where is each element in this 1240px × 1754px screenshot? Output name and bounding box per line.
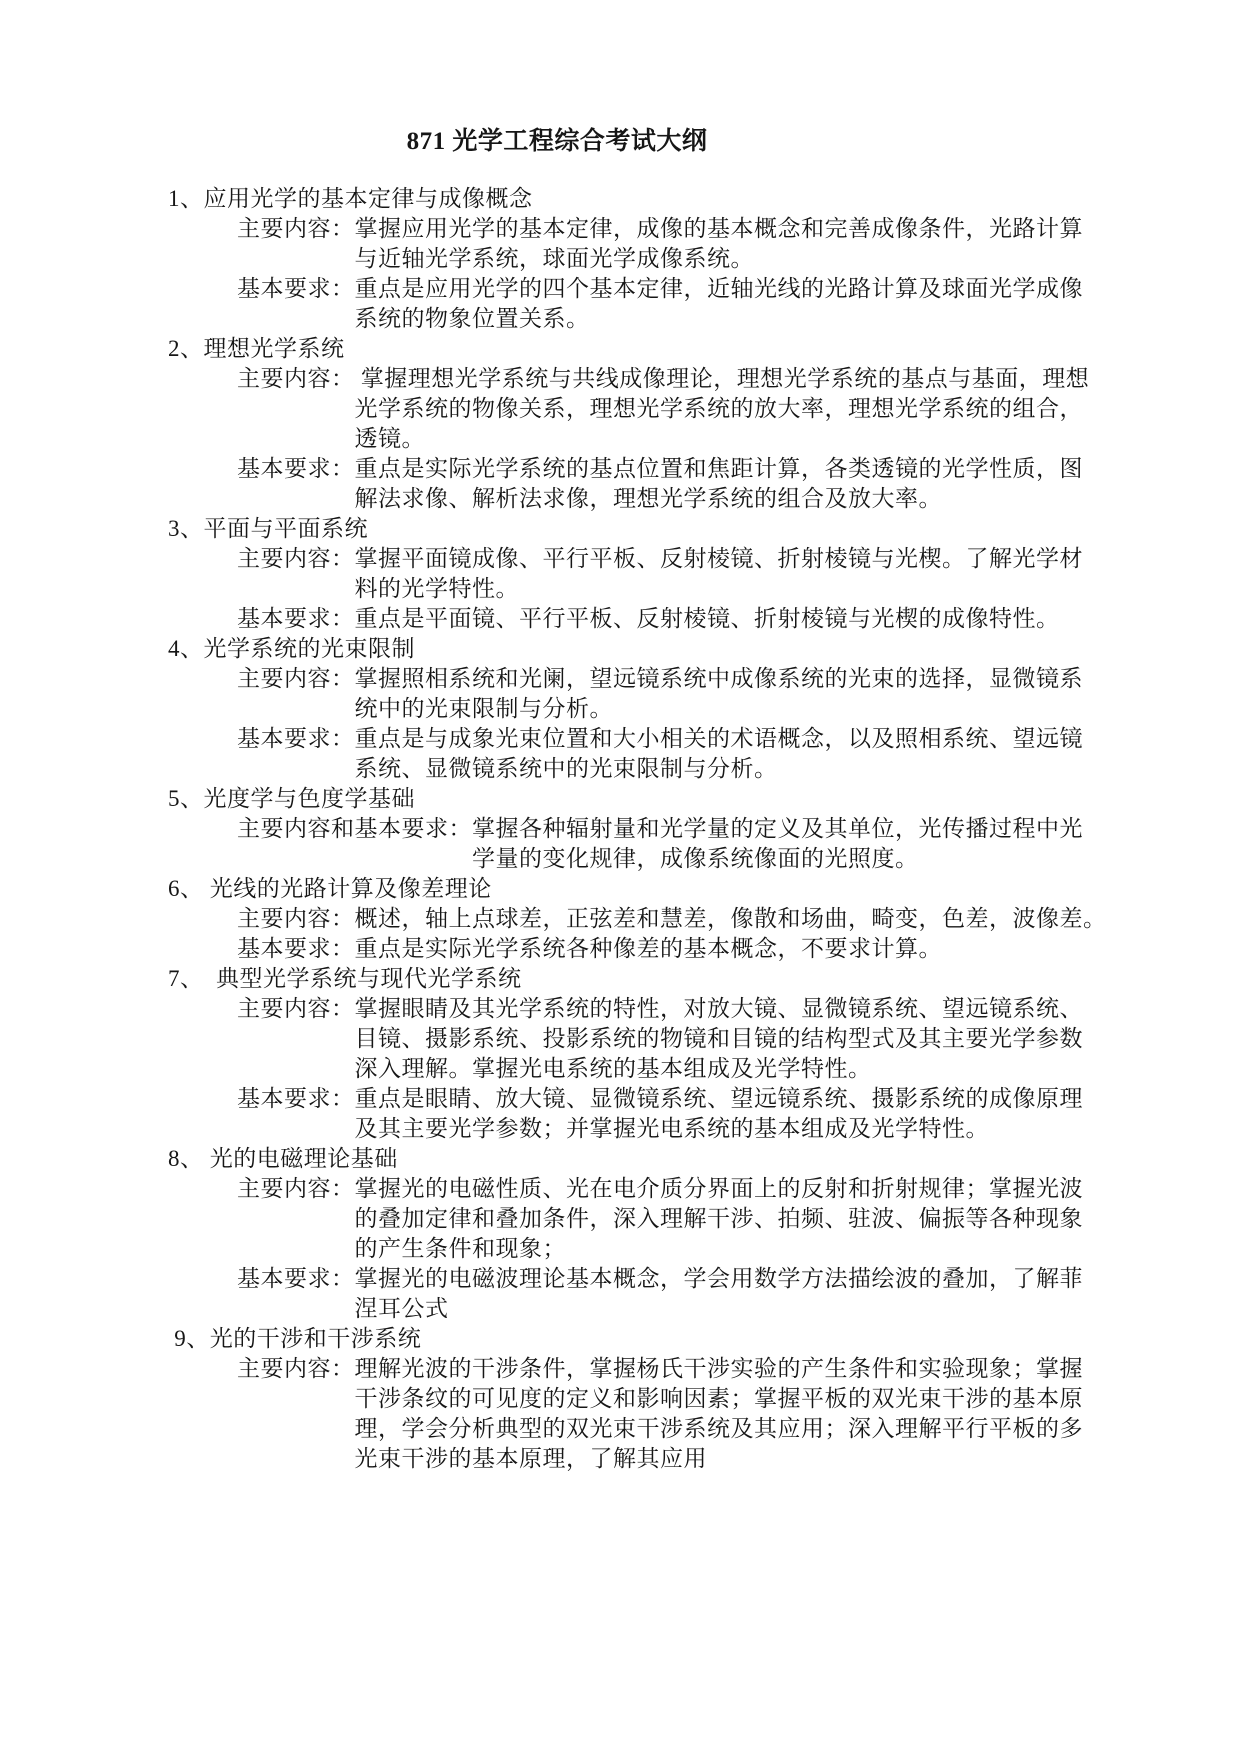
content-item: 主要内容和基本要求： 掌握各种辐射量和光学量的定义及其单位，光传播过程中光 学量… xyxy=(237,814,1240,874)
text-line: 重点是平面镜、平行平板、反射棱镜、折射棱镜与光楔的成像特性。 xyxy=(355,604,1060,634)
text-line: 干涉条纹的可见度的定义和影响因素；掌握平板的双光束干涉的基本原 xyxy=(355,1384,1084,1414)
section-5: 5、光度学与色度学基础 主要内容和基本要求： 掌握各种辐射量和光学量的定义及其单… xyxy=(0,784,1240,874)
section-heading: 1、应用光学的基本定律与成像概念 xyxy=(168,184,1240,214)
text-line: 系统的物象位置关系。 xyxy=(355,304,1084,334)
text-line: 涅耳公式 xyxy=(355,1294,1084,1324)
section-7: 7、 典型光学系统与现代光学系统 主要内容： 掌握眼睛及其光学系统的特性，对放大… xyxy=(0,964,1240,1144)
content-item: 基本要求： 重点是实际光学系统的基点位置和焦距计算，各类透镜的光学性质，图 解法… xyxy=(237,454,1240,514)
section-heading: 8、 光的电磁理论基础 xyxy=(168,1144,1240,1174)
text-line: 及其主要光学参数；并掌握光电系统的基本组成及光学特性。 xyxy=(355,1114,1084,1144)
text-line: 目镜、摄影系统、投影系统的物镜和目镜的结构型式及其主要光学参数 xyxy=(355,1024,1084,1054)
content-item: 主要内容： 掌握照相系统和光阑，望远镜系统中成像系统的光束的选择，显微镜系 统中… xyxy=(237,664,1240,724)
section-1: 1、应用光学的基本定律与成像概念 主要内容： 掌握应用光学的基本定律，成像的基本… xyxy=(0,184,1240,334)
text-line: 透镜。 xyxy=(355,424,1090,454)
item-label: 主要内容： xyxy=(237,994,355,1024)
content-item: 基本要求： 掌握光的电磁波理论基本概念，学会用数学方法描绘波的叠加，了解菲 涅耳… xyxy=(237,1264,1240,1324)
text-line: 统中的光束限制与分析。 xyxy=(355,694,1084,724)
item-label: 主要内容： xyxy=(237,664,355,694)
text-line: 学量的变化规律，成像系统像面的光照度。 xyxy=(472,844,1083,874)
text-line: 掌握应用光学的基本定律，成像的基本概念和完善成像条件，光路计算 xyxy=(355,214,1084,244)
text-line: 的叠加定律和叠加条件，深入理解干涉、拍频、驻波、偏振等各种现象 xyxy=(355,1204,1084,1234)
text-line: 掌握理想光学系统与共线成像理论，理想光学系统的基点与基面，理想 xyxy=(355,364,1090,394)
item-label: 基本要求： xyxy=(237,1264,355,1294)
text-line: 掌握各种辐射量和光学量的定义及其单位，光传播过程中光 xyxy=(472,814,1083,844)
text-line: 重点是实际光学系统各种像差的基本概念，不要求计算。 xyxy=(355,934,943,964)
text-line: 概述，轴上点球差，正弦差和慧差，像散和场曲，畸变，色差，波像差。 xyxy=(355,904,1107,934)
section-6: 6、 光线的光路计算及像差理论 主要内容： 概述，轴上点球差，正弦差和慧差，像散… xyxy=(0,874,1240,964)
text-line: 掌握光的电磁性质、光在电介质分界面上的反射和折射规律；掌握光波 xyxy=(355,1174,1084,1204)
content-item: 主要内容： 掌握光的电磁性质、光在电介质分界面上的反射和折射规律；掌握光波 的叠… xyxy=(237,1174,1240,1264)
text-line: 重点是应用光学的四个基本定律，近轴光线的光路计算及球面光学成像 xyxy=(355,274,1084,304)
section-3: 3、平面与平面系统 主要内容： 掌握平面镜成像、平行平板、反射棱镜、折射棱镜与光… xyxy=(0,514,1240,634)
item-label: 主要内容： xyxy=(237,1354,355,1384)
content-item: 主要内容： 掌握应用光学的基本定律，成像的基本概念和完善成像条件，光路计算 与近… xyxy=(237,214,1240,274)
text-line: 深入理解。掌握光电系统的基本组成及光学特性。 xyxy=(355,1054,1084,1084)
section-9: 9、光的干涉和干涉系统 主要内容： 理解光波的干涉条件，掌握杨氏干涉实验的产生条… xyxy=(0,1324,1240,1474)
section-heading: 9、光的干涉和干涉系统 xyxy=(168,1324,1240,1354)
section-4: 4、光学系统的光束限制 主要内容： 掌握照相系统和光阑，望远镜系统中成像系统的光… xyxy=(0,634,1240,784)
text-line: 与近轴光学系统，球面光学成像系统。 xyxy=(355,244,1084,274)
content-item: 主要内容： 概述，轴上点球差，正弦差和慧差，像散和场曲，畸变，色差，波像差。 xyxy=(237,904,1240,934)
section-heading: 2、理想光学系统 xyxy=(168,334,1240,364)
text-line: 光束干涉的基本原理，了解其应用 xyxy=(355,1444,1084,1474)
text-line: 重点是实际光学系统的基点位置和焦距计算，各类透镜的光学性质，图 xyxy=(355,454,1084,484)
text-line: 料的光学特性。 xyxy=(355,574,1084,604)
content-item: 基本要求： 重点是眼睛、放大镜、显微镜系统、望远镜系统、摄影系统的成像原理 及其… xyxy=(237,1084,1240,1144)
item-label: 主要内容： xyxy=(237,544,355,574)
section-8: 8、 光的电磁理论基础 主要内容： 掌握光的电磁性质、光在电介质分界面上的反射和… xyxy=(0,1144,1240,1324)
text-line: 掌握照相系统和光阑，望远镜系统中成像系统的光束的选择，显微镜系 xyxy=(355,664,1084,694)
content-item: 基本要求： 重点是与成象光束位置和大小相关的术语概念，以及照相系统、望远镜 系统… xyxy=(237,724,1240,784)
item-label: 基本要求： xyxy=(237,604,355,634)
text-line: 重点是眼睛、放大镜、显微镜系统、望远镜系统、摄影系统的成像原理 xyxy=(355,1084,1084,1114)
content-item: 主要内容： 掌握眼睛及其光学系统的特性，对放大镜、显微镜系统、望远镜系统、 目镜… xyxy=(237,994,1240,1084)
text-line: 理解光波的干涉条件，掌握杨氏干涉实验的产生条件和实验现象；掌握 xyxy=(355,1354,1084,1384)
page-title: 871 光学工程综合考试大纲 xyxy=(0,126,1114,158)
section-heading: 5、光度学与色度学基础 xyxy=(168,784,1240,814)
item-label: 主要内容： xyxy=(237,1174,355,1204)
item-label: 基本要求： xyxy=(237,454,355,484)
section-heading: 4、光学系统的光束限制 xyxy=(168,634,1240,664)
section-heading: 7、 典型光学系统与现代光学系统 xyxy=(168,964,1240,994)
content-item: 基本要求： 重点是实际光学系统各种像差的基本概念，不要求计算。 xyxy=(237,934,1240,964)
content-item: 基本要求： 重点是应用光学的四个基本定律，近轴光线的光路计算及球面光学成像 系统… xyxy=(237,274,1240,334)
item-label: 基本要求： xyxy=(237,274,355,304)
item-label: 主要内容： xyxy=(237,214,355,244)
section-heading: 6、 光线的光路计算及像差理论 xyxy=(168,874,1240,904)
text-line: 理，学会分析典型的双光束干涉系统及其应用；深入理解平行平板的多 xyxy=(355,1414,1084,1444)
document-page: 871 光学工程综合考试大纲 1、应用光学的基本定律与成像概念 主要内容： 掌握… xyxy=(0,0,1240,1754)
content-item: 主要内容： 掌握平面镜成像、平行平板、反射棱镜、折射棱镜与光楔。了解光学材 料的… xyxy=(237,544,1240,604)
item-label: 基本要求： xyxy=(237,934,355,964)
text-line: 的产生条件和现象； xyxy=(355,1234,1084,1264)
section-2: 2、理想光学系统 主要内容： 掌握理想光学系统与共线成像理论，理想光学系统的基点… xyxy=(0,334,1240,514)
content-item: 基本要求： 重点是平面镜、平行平板、反射棱镜、折射棱镜与光楔的成像特性。 xyxy=(237,604,1240,634)
content-item: 主要内容： 掌握理想光学系统与共线成像理论，理想光学系统的基点与基面，理想 光学… xyxy=(237,364,1240,454)
text-line: 光学系统的物像关系，理想光学系统的放大率，理想光学系统的组合， xyxy=(355,394,1090,424)
section-heading: 3、平面与平面系统 xyxy=(168,514,1240,544)
text-line: 重点是与成象光束位置和大小相关的术语概念，以及照相系统、望远镜 xyxy=(355,724,1084,754)
item-label: 主要内容： xyxy=(237,904,355,934)
text-line: 掌握眼睛及其光学系统的特性，对放大镜、显微镜系统、望远镜系统、 xyxy=(355,994,1084,1024)
text-line: 掌握光的电磁波理论基本概念，学会用数学方法描绘波的叠加，了解菲 xyxy=(355,1264,1084,1294)
content-item: 主要内容： 理解光波的干涉条件，掌握杨氏干涉实验的产生条件和实验现象；掌握 干涉… xyxy=(237,1354,1240,1474)
item-label: 主要内容： xyxy=(237,364,355,394)
text-line: 解法求像、解析法求像，理想光学系统的组合及放大率。 xyxy=(355,484,1084,514)
item-label: 基本要求： xyxy=(237,1084,355,1114)
text-line: 掌握平面镜成像、平行平板、反射棱镜、折射棱镜与光楔。了解光学材 xyxy=(355,544,1084,574)
text-line: 系统、显微镜系统中的光束限制与分析。 xyxy=(355,754,1084,784)
item-label: 主要内容和基本要求： xyxy=(237,814,472,844)
item-label: 基本要求： xyxy=(237,724,355,754)
